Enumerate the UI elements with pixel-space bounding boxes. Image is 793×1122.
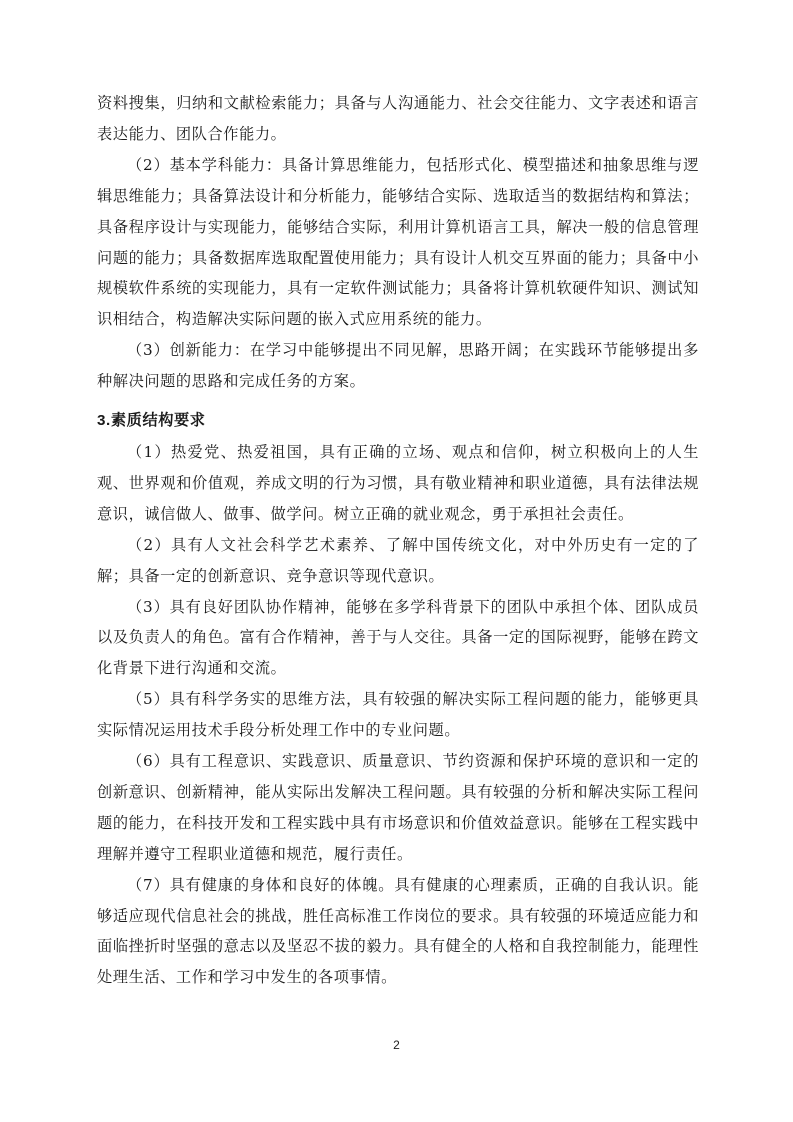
section-heading: 3.素质结构要求 xyxy=(97,405,699,437)
paragraph-quality-7: （7）具有健康的身体和良好的体魄。具有健康的心理素质，正确的自我认识。能够适应现… xyxy=(97,870,699,994)
paragraph-quality-2: （2）具有人文社会科学艺术素养、了解中国传统文化，对中外历史有一定的了解；具备一… xyxy=(97,530,699,592)
paragraph-innovation-ability: （3）创新能力：在学习中能够提出不同见解，思路开阔；在实践环节能够提出多种解决问… xyxy=(97,335,699,397)
section-title: 素质结构要求 xyxy=(111,411,206,429)
paragraph-quality-6: （6）具有工程意识、实践意识、质量意识、节约资源和保护环境的意识和一定的创新意识… xyxy=(97,746,699,870)
section-number: 3. xyxy=(97,412,111,429)
paragraph-basic-discipline-ability: （2）基本学科能力：具备计算思维能力，包括形式化、模型描述和抽象思维与逻辑思维能… xyxy=(97,150,699,335)
paragraph-quality-1: （1）热爱党、热爱祖国，具有正确的立场、观点和信仰，树立积极向上的人生观、世界观… xyxy=(97,437,699,530)
paragraph-quality-3: （3）具有良好团队协作精神，能够在多学科背景下的团队中承担个体、团队成员以及负责… xyxy=(97,592,699,685)
page-number: 2 xyxy=(0,1038,793,1052)
paragraph-quality-5: （5）具有科学务实的思维方法，具有较强的解决实际工程问题的能力，能够更具实际情况… xyxy=(97,684,699,746)
document-page: 资料搜集，归纳和文献检索能力；具备与人沟通能力、社会交往能力、文字表述和语言表达… xyxy=(97,88,699,993)
paragraph-continuation: 资料搜集，归纳和文献检索能力；具备与人沟通能力、社会交往能力、文字表述和语言表达… xyxy=(97,88,699,150)
